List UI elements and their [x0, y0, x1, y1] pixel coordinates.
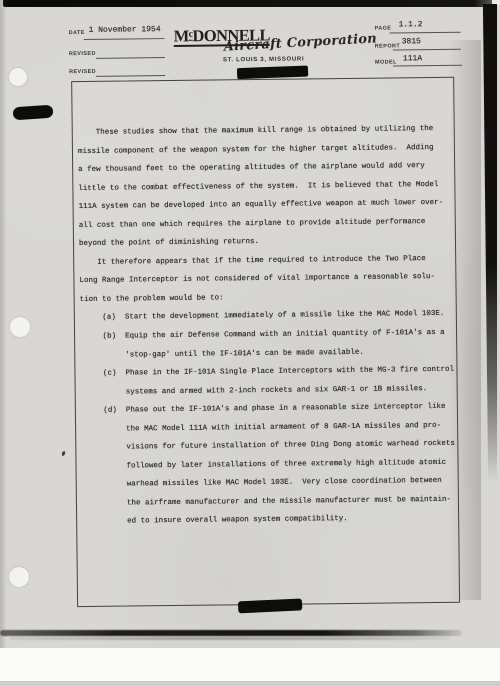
page-underline [390, 32, 461, 34]
punch-hole [9, 68, 27, 86]
scan-shadow-right [448, 40, 481, 600]
logo-address: ST. LOUIS 3, MISSOURI [223, 56, 304, 63]
scan-edge-bottom [0, 681, 500, 686]
logo-letter-m: M [174, 26, 189, 45]
page-value: 1.1.2 [398, 20, 422, 29]
scanned-document-page: DATE 1 November 1954 REVISED REVISED McD… [0, 0, 500, 686]
revised2-label: REVISED [69, 69, 96, 75]
date-label: DATE [69, 30, 85, 36]
date-value: 1 November 1954 [89, 25, 161, 35]
revised1-label: REVISED [69, 51, 96, 57]
redaction-mark [238, 598, 302, 613]
scan-streak-bottom [0, 630, 462, 636]
scan-margin-bottom [0, 648, 500, 681]
revised2-underline [96, 75, 165, 77]
report-value: 3815 [402, 37, 421, 46]
typewritten-body: These studies show that the maximum kill… [78, 120, 463, 532]
redaction-mark [237, 66, 308, 80]
scan-edge-bar-top [3, 0, 494, 7]
date-underline [84, 38, 165, 40]
model-value: 111A [403, 54, 422, 63]
punch-hole [10, 317, 30, 337]
revised1-underline [96, 57, 165, 59]
scan-shadow-left [0, 0, 7, 648]
paper-ink-layer: DATE 1 November 1954 REVISED REVISED McD… [0, 0, 500, 686]
punch-hole [9, 567, 29, 587]
scan-streak-bottom-faint [10, 637, 450, 640]
page-label: PAGE [375, 25, 392, 31]
